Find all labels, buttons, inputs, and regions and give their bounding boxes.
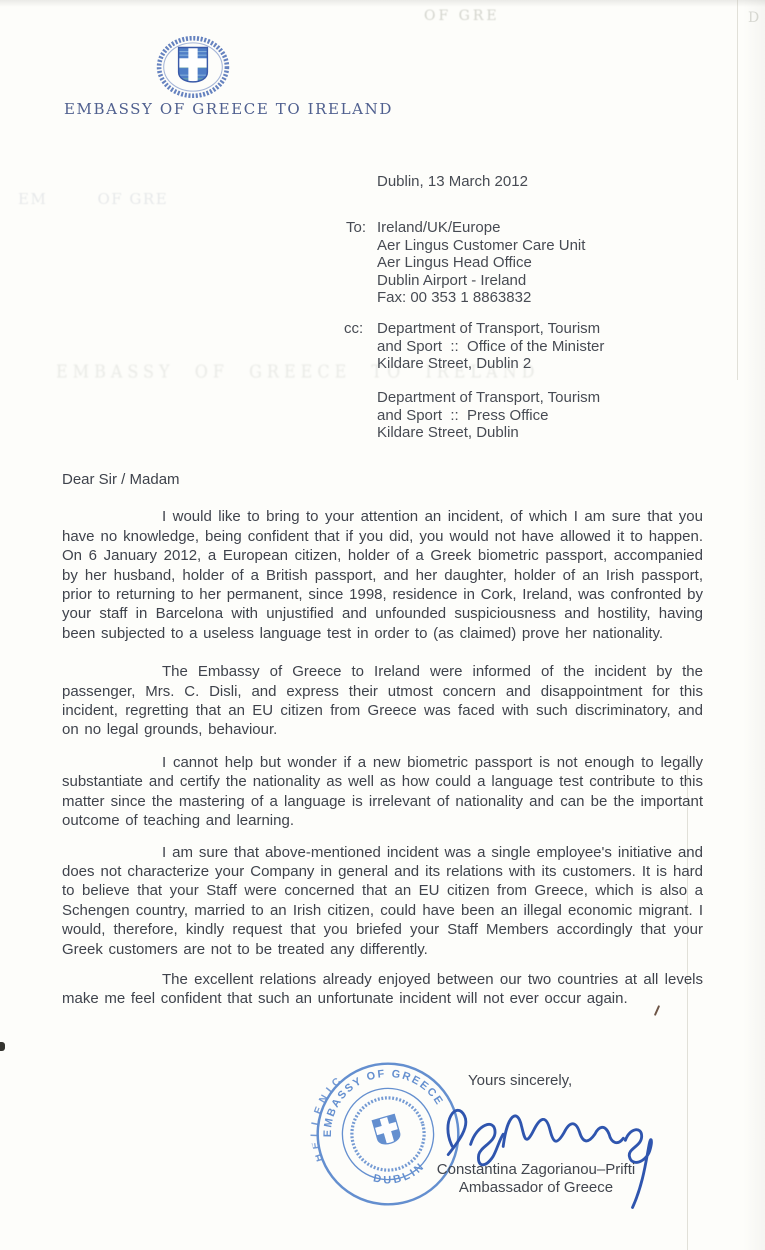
recipient-line: Ireland/UK/Europe	[377, 219, 585, 237]
bleed-through-text: EM OF GRE	[18, 190, 168, 208]
cc-line: Department of Transport, Tourism	[377, 389, 600, 407]
signatory-name: Constantina Zagorianou–Prifti	[418, 1161, 654, 1179]
greek-coat-of-arms-icon	[156, 36, 230, 98]
salutation: Dear Sir / Madam	[62, 470, 703, 489]
paragraph: I am sure that above-mentioned incident …	[62, 843, 703, 959]
cc-line: Kildare Street, Dublin 2	[377, 355, 604, 373]
scanned-letter-page: OF GRE D EM OF GRE EMBASSY OF GREECE TO …	[0, 0, 765, 1250]
paragraph: The Embassy of Greece to Ireland were in…	[62, 662, 703, 740]
dateline: Dublin, 13 March 2012	[377, 173, 528, 190]
cc-line: and Sport :: Office of the Minister	[377, 338, 604, 356]
scan-edge-shade-right	[743, 0, 765, 1250]
paragraph: I cannot help but wonder if a new biomet…	[62, 753, 703, 831]
cc-label: cc:	[344, 320, 363, 338]
bleed-through-text: OF GRE	[424, 8, 500, 24]
paragraph: I would like to bring to your attention …	[62, 507, 703, 643]
signature-block: Constantina Zagorianou–Prifti Ambassador…	[418, 1161, 654, 1196]
recipient-line: Fax: 00 353 1 8863832	[377, 289, 585, 307]
cc-block: cc: Department of Transport, Tourism and…	[377, 320, 604, 373]
to-label: To:	[346, 219, 366, 237]
scan-edge-shade-top	[0, 0, 765, 7]
cc-line: Kildare Street, Dublin	[377, 424, 600, 442]
letterhead-title: EMBASSY OF GREECE TO IRELAND	[64, 100, 393, 118]
scan-artifact-mark	[0, 1042, 5, 1051]
cc-line: Department of Transport, Tourism	[377, 320, 604, 338]
paragraph: The excellent relations already enjoyed …	[62, 970, 703, 1009]
cc-block: Department of Transport, Tourism and Spo…	[377, 389, 600, 442]
signatory-title: Ambassador of Greece	[418, 1179, 654, 1197]
letter-body: Dear Sir / Madam I would like to bring t…	[62, 470, 703, 1009]
cc-line: and Sport :: Press Office	[377, 407, 600, 425]
scan-crease-line	[737, 0, 738, 380]
recipient-line: Aer Lingus Head Office	[377, 254, 585, 272]
handwritten-signature-icon	[436, 1086, 660, 1216]
recipient-block: To: Ireland/UK/Europe Aer Lingus Custome…	[377, 219, 585, 307]
recipient-line: Aer Lingus Customer Care Unit	[377, 237, 585, 255]
recipient-line: Dublin Airport - Ireland	[377, 272, 585, 290]
